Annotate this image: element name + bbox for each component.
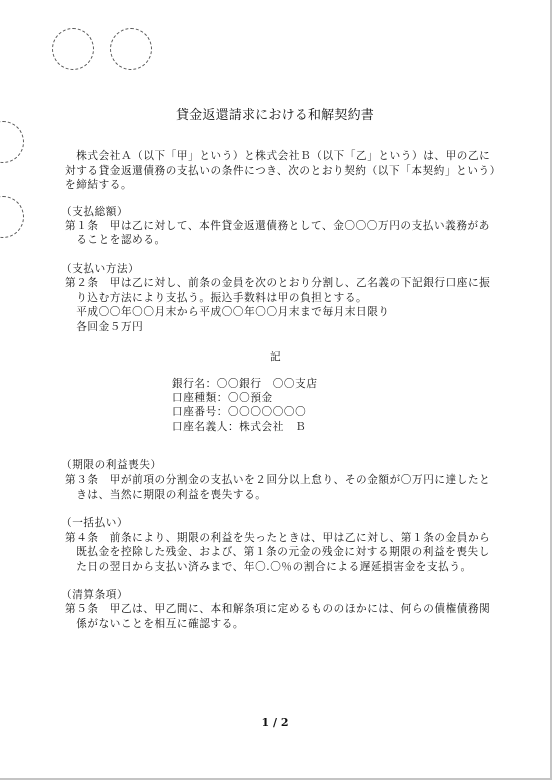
account-number: 口座番号：〇〇〇〇〇〇〇 [172, 404, 306, 419]
document-title: 貸金返還請求における和解契約書 [0, 104, 550, 123]
seal-circle-icon [52, 28, 94, 70]
article-line: 第５条 甲乙は、甲乙間に、本和解条項に定めるもののほかには、何らの債権債務関 [65, 603, 490, 616]
article-heading: （支払い方法） [61, 263, 139, 276]
article-heading: （期限の利益喪失） [61, 459, 162, 472]
document-page: 貸金返還請求における和解契約書 株式会社Ａ（以下「甲」という）と株式会社Ｂ（以下… [0, 0, 552, 780]
article-line: 第３条 甲が前項の分割金の支払いを２回分以上怠り、その金額が〇万円に達したと [65, 474, 490, 487]
ki-label: 記 [270, 349, 281, 364]
article-heading: （支払総額） [61, 206, 128, 219]
article-line: 各回金５万円 [65, 321, 143, 334]
preamble-line: 株式会社Ａ（以下「甲」という）と株式会社Ｂ（以下「乙」という）は、甲の乙に [65, 150, 490, 163]
punch-hole-icon [0, 196, 24, 238]
article-line: た日の翌日から支払い済みまで、年〇.〇％の割合による遅延損害金を支払う。 [65, 561, 472, 574]
article-line: 第１条 甲は乙に対して、本件貸金返還債務として、金〇〇〇万円の支払い義務があ [65, 220, 490, 233]
article-line: 平成〇〇年〇〇月末から平成〇〇年〇〇月末まで毎月末日限り [65, 306, 390, 319]
article-line: 既払金を控除した残金、および、第１条の元金の残金に対する期限の利益を喪失し [65, 546, 490, 559]
preamble-line: を締結する。 [65, 179, 132, 192]
article-line: きは、当然に期限の利益を喪失する。 [65, 489, 267, 502]
preamble-line: 対する貸金返還債務の支払いの条件につき、次のとおり契約（以下「本契約」という） [65, 165, 501, 178]
account-holder: 口座名義人：株式会社 Ｂ [172, 419, 306, 434]
punch-hole-icon [0, 121, 24, 163]
article-line: 係がないことを相互に確認する。 [65, 618, 244, 631]
article-line: り込む方法により支払う。振込手数料は甲の負担とする。 [65, 292, 367, 305]
article-heading: （一括払い） [61, 517, 128, 530]
article-line: ることを認める。 [65, 234, 166, 247]
account-type: 口座種類：〇〇預金 [172, 390, 273, 405]
article-heading: （清算条項） [61, 589, 128, 602]
seal-circle-icon [110, 28, 152, 70]
article-line: 第２条 甲は乙に対し、前条の金員を次のとおり分割し、乙名義の下記銀行口座に振 [65, 277, 490, 290]
bank-name: 銀行名：〇〇銀行 〇〇支店 [172, 376, 318, 391]
article-line: 第４条 前条により、期限の利益を失ったときは、甲は乙に対し、第１条の金員から [65, 532, 490, 545]
page-indicator: 1 / 2 [0, 716, 550, 729]
